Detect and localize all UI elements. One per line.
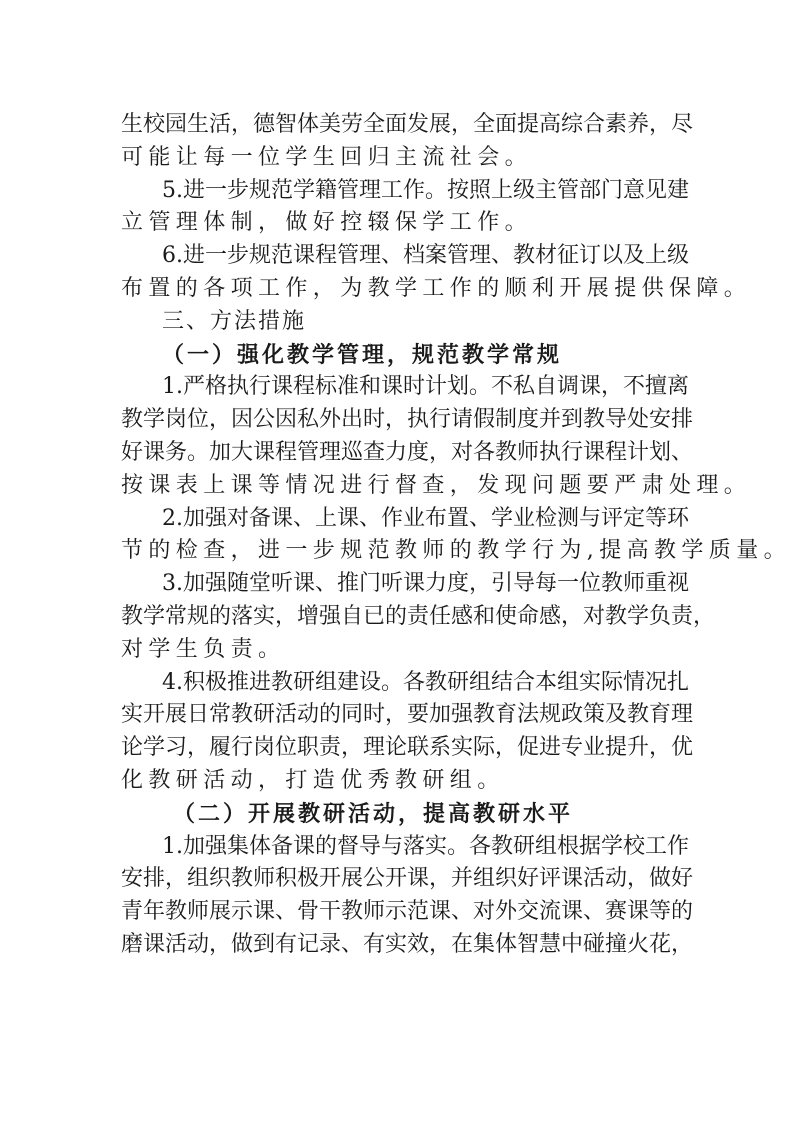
text-line: 教学岗位，因公因私外出时，执行请假制度并到教导处安排 <box>121 404 673 437</box>
text-line: 布置的各项工作，为教学工作的顺利开展提供保障。 <box>121 273 673 306</box>
text-line: 论学习，履行岗位职责，理论联系实际，促进专业提升，优 <box>121 732 673 765</box>
document-body: 生校园生活，德智体美劳全面发展，全面提高综合素养，尽 可能让每一位学生回归主流社… <box>121 109 673 962</box>
text-line: 立管理体制，做好控辍保学工作。 <box>121 207 673 240</box>
document-page: 生校园生活，德智体美劳全面发展，全面提高综合素养，尽 可能让每一位学生回归主流社… <box>0 0 793 1122</box>
paragraph-item-5: 5.进一步规范学籍管理工作。按照上级主管部门意见建 立管理体制，做好控辍保学工作… <box>121 175 673 241</box>
paragraph-item-3: 3.加强随堂听课、推门听课力度，引导每一位教师重视 教学常规的落实，增强自已的责… <box>121 568 673 666</box>
paragraph-continuation: 生校园生活，德智体美劳全面发展，全面提高综合素养，尽 可能让每一位学生回归主流社… <box>121 109 673 175</box>
text-line: 可能让每一位学生回归主流社会。 <box>121 142 673 175</box>
subsection-heading-1: （一）强化教学管理，规范教学常规 <box>121 339 673 372</box>
text-line: 4.积极推进教研组建设。各教研组结合本组实际情况扎 <box>121 667 673 700</box>
text-line: 按课表上课等情况进行督查，发现问题要严肃处理。 <box>121 470 673 503</box>
paragraph-item-4: 4.积极推进教研组建设。各教研组结合本组实际情况扎 实开展日常教研活动的同时，要… <box>121 667 673 798</box>
text-line: 3.加强随堂听课、推门听课力度，引导每一位教师重视 <box>121 568 673 601</box>
section-heading: 三、方法措施 <box>121 306 673 339</box>
text-line: 1.严格执行课程标准和课时计划。不私自调课，不擅离 <box>121 371 673 404</box>
text-line: 好课务。加大课程管理巡查力度，对各教师执行课程计划、 <box>121 437 673 470</box>
text-line: 节的检查，进一步规范教师的教学行为,提高教学质量。 <box>121 535 673 568</box>
paragraph-item-1: 1.严格执行课程标准和课时计划。不私自调课，不擅离 教学岗位，因公因私外出时，执… <box>121 371 673 502</box>
text-line: 对学生负责。 <box>121 634 673 667</box>
text-line: 实开展日常教研活动的同时，要加强教育法规政策及教育理 <box>121 699 673 732</box>
text-line: 6.进一步规范课程管理、档案管理、教材征订以及上级 <box>121 240 673 273</box>
paragraph-item-1-b: 1.加强集体备课的督导与落实。各教研组根据学校工作 安排，组织教师积极开展公开课… <box>121 831 673 962</box>
text-line: 安排，组织教师积极开展公开课，并组织好评课活动，做好 <box>121 863 673 896</box>
paragraph-item-2: 2.加强对备课、上课、作业布置、学业检测与评定等环 节的检查，进一步规范教师的教… <box>121 503 673 569</box>
text-line: 教学常规的落实，增强自已的责任感和使命感，对教学负责， <box>121 601 673 634</box>
text-line: 青年教师展示课、骨干教师示范课、对外交流课、赛课等的 <box>121 896 673 929</box>
text-line: 1.加强集体备课的督导与落实。各教研组根据学校工作 <box>121 831 673 864</box>
subsection-heading-2: （二）开展教研活动，提高教研水平 <box>121 798 673 831</box>
text-line: 2.加强对备课、上课、作业布置、学业检测与评定等环 <box>121 503 673 536</box>
text-line: 生校园生活，德智体美劳全面发展，全面提高综合素养，尽 <box>121 109 673 142</box>
text-line: 5.进一步规范学籍管理工作。按照上级主管部门意见建 <box>121 175 673 208</box>
text-line: 化教研活动，打造优秀教研组。 <box>121 765 673 798</box>
paragraph-item-6: 6.进一步规范课程管理、档案管理、教材征订以及上级 布置的各项工作，为教学工作的… <box>121 240 673 306</box>
text-line: 磨课活动，做到有记录、有实效，在集体智慧中碰撞火花， <box>121 929 673 962</box>
